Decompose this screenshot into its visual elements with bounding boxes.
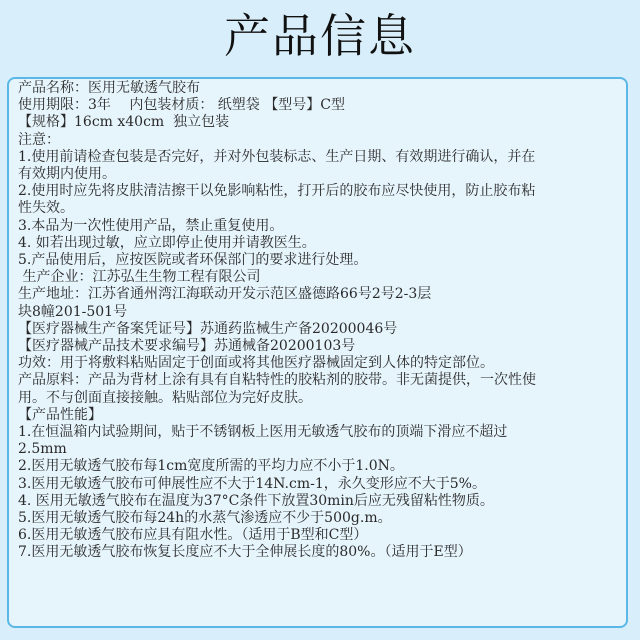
tech-requirement-line: 【医疗器械产品技术要求编号】苏通械备20200103号 [18,338,618,355]
notice-item-1-cont: 有效期内使用。 [18,166,618,183]
address-line-cont: 块8幢201-501号 [18,304,618,321]
notice-heading: 注意： [18,132,618,149]
notice-item-3: 3.本品为一次性使用产品，禁止重复使用。 [18,218,618,235]
notice-item-5: 5.产品使用后，应按医院或者环保部门的要求进行处理。 [18,252,618,269]
performance-item-5: 5.医用无敏透气胶布每24h的水蒸气渗透应不少于500g.m。 [18,510,618,527]
registration-number-line: 【医疗器械生产备案凭证号】苏通药监械生产备20200046号 [18,321,618,338]
notice-item-2: 2.使用时应先将皮肤清洁擦干以免影响粘性，打开后的胶布应尽快使用，防止胶布粘 [18,183,618,200]
product-name-line: 产品名称：医用无敏透气胶布 [18,80,618,97]
manufacturer-line: 生产企业：江苏弘生生物工程有限公司 [18,269,618,286]
performance-item-1: 1.在恒温箱内试验期间，贴于不锈钢板上医用无敏透气胶布的顶端下滑应不超过 [18,424,618,441]
page-title: 产品信息 [0,4,640,68]
notice-item-1: 1.使用前请检查包装是否完好，并对外包装标志、生产日期、有效期进行确认，并在 [18,149,618,166]
notice-item-4: 4. 如若出现过敏，应立即停止使用并请教医生。 [18,235,618,252]
performance-item-4: 4. 医用无敏透气胶布在温度为37°C条件下放置30min后应无残留粘性物质。 [18,493,618,510]
shelf-life-line: 使用期限：3年 内包装材质： 纸塑袋 【型号】C型 [18,97,618,114]
product-info-panel: 产品名称：医用无敏透气胶布 使用期限：3年 内包装材质： 纸塑袋 【型号】C型 … [7,77,628,628]
materials-line-cont: 用。不与创面直接接触。粘贴部位为完好皮肤。 [18,390,618,407]
notice-item-2-cont: 性失效。 [18,200,618,217]
performance-item-1-cont: 2.5mm [18,441,618,458]
performance-item-3: 3.医用无敏透气胶布可伸展性应不大于14N.cm-1，永久变形应不大于5%。 [18,476,618,493]
performance-heading: 【产品性能】 [18,407,618,424]
performance-item-6: 6.医用无敏透气胶布应具有阻水性。（适用于B型和C型） [18,527,618,544]
materials-line: 产品原料：产品为背材上涂有具有自粘特性的胶粘剂的胶带。非无菌提供，一次性使 [18,372,618,389]
efficacy-line: 功效：用于将敷料粘贴固定于创面或将其他医疗器械固定到人体的特定部位。 [18,355,618,372]
address-line: 生产地址：江苏省通州湾江海联动开发示范区盛德路66号2号2-3层 [18,286,618,303]
performance-item-7: 7.医用无敏透气胶布恢复长度应不大于全伸展长度的80%。（适用于E型） [18,544,618,561]
performance-item-2: 2.医用无敏透气胶布每1cm宽度所需的平均力应不小于1.0N。 [18,458,618,475]
spec-line: 【规格】16cm x40cm 独立包装 [18,114,618,131]
